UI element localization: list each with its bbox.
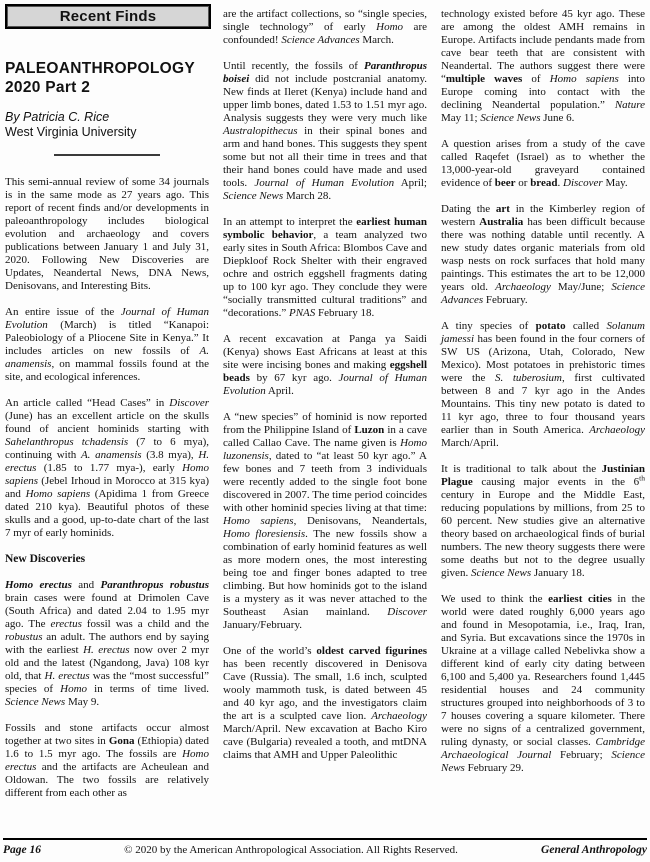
text-run: Nature	[615, 99, 645, 111]
text-run: and the artifacts are Acheulean and Oldo…	[5, 761, 209, 799]
text-run: May 11;	[441, 112, 480, 124]
paragraph: Fossils and stone artifacts occur almost…	[5, 722, 209, 800]
text-run: or	[516, 177, 531, 189]
text-run: We used to think the	[441, 593, 548, 605]
text-run: Australopithecus	[223, 125, 298, 137]
paragraph: This semi-annual review of some 34 journ…	[5, 176, 209, 293]
text-run: and	[72, 579, 101, 591]
text-run: Luzon	[354, 424, 384, 436]
text-run: Homo	[60, 683, 87, 695]
text-run: Archaeology	[589, 424, 645, 436]
column-3: technology existed before 45 kyr ago. Th…	[441, 0, 645, 788]
text-run: Until recently, the fossils of	[223, 60, 364, 72]
text-run: S. tuberosium	[495, 372, 562, 384]
text-run: fossil was a child and the	[82, 618, 209, 630]
text-run: in terms of time lived.	[87, 683, 209, 695]
text-run: March 28.	[283, 190, 331, 202]
text-run: April.	[266, 385, 294, 397]
page-title: PALEOANTHROPOLOGY 2020 Part 2	[5, 59, 209, 97]
paragraph: A tiny species of potato called Solanum …	[441, 320, 645, 450]
text-run: This semi-annual review of some 34 journ…	[5, 176, 209, 292]
text-run: art	[496, 203, 510, 215]
text-run: by 67 kyr ago.	[250, 372, 339, 384]
page-footer: Page 16 © 2020 by the American Anthropol…	[3, 838, 647, 856]
text-run: March/April. New excavation at Bacho Kir…	[223, 723, 427, 761]
text-run: called	[566, 320, 607, 332]
text-run: H. erectus	[83, 644, 129, 656]
paragraph: One of the world’s oldest carved figurin…	[223, 645, 427, 762]
text-run: May.	[603, 177, 628, 189]
text-run: . The new fossils show a combination of …	[223, 528, 427, 618]
text-run: An entire issue of the	[5, 306, 121, 318]
section-heading: New Discoveries	[5, 553, 209, 566]
byline-affiliation: West Virginia University	[5, 125, 209, 140]
text-run: robustus	[5, 631, 43, 643]
paragraph: An article called “Head Cases” in Discov…	[5, 397, 209, 540]
text-run: erectus	[51, 618, 82, 630]
text-run: multiple waves	[446, 73, 522, 85]
footer-section-title: General Anthropology	[541, 844, 647, 856]
text-run: May/June;	[551, 281, 612, 293]
text-run: June 6.	[541, 112, 575, 124]
text-run: Science News	[5, 696, 65, 708]
text-run: Archaeology	[371, 710, 427, 722]
divider-rule	[54, 154, 160, 156]
text-run: Discover	[563, 177, 603, 189]
text-run: In an attempt to interpret the	[223, 216, 356, 228]
text-run: Homo sapiens	[223, 515, 294, 527]
byline-author: By Patricia C. Rice	[5, 110, 209, 125]
text-run: of	[522, 73, 549, 85]
text-run: January/February.	[223, 619, 302, 631]
document-page: Recent Finds PALEOANTHROPOLOGY 2020 Part…	[0, 0, 650, 862]
text-run: Sahelanthropus tchadensis	[5, 436, 128, 448]
text-run: bread	[530, 177, 557, 189]
text-run: Homo	[376, 21, 403, 33]
footer-page-number: Page 16	[3, 844, 41, 856]
text-run: (1.85 to 1.77 mya-), early	[36, 462, 182, 474]
text-run: , Denisovans, Neandertals,	[294, 515, 427, 527]
text-run: potato	[536, 320, 566, 332]
text-run: Homo floresiensis	[223, 528, 305, 540]
text-run: Paranthropus robustus	[101, 579, 209, 591]
paragraph: We used to think the earliest cities in …	[441, 593, 645, 775]
text-run: Discover	[169, 397, 209, 409]
recent-finds-banner: Recent Finds	[5, 4, 211, 29]
text-run: Homo erectus	[5, 579, 72, 591]
column-2: are the artifact collections, so “single…	[223, 0, 427, 775]
column-1: Recent Finds PALEOANTHROPOLOGY 2020 Part…	[5, 0, 209, 813]
paragraph: A question arises from a study of the ca…	[441, 138, 645, 190]
text-run: One of the world’s	[223, 645, 316, 657]
paragraph: In an attempt to interpret the earliest …	[223, 216, 427, 320]
text-run: Homo sapiens	[550, 73, 619, 85]
text-run: April;	[394, 177, 427, 189]
text-run: Science Advances	[281, 34, 359, 46]
text-run: th	[639, 473, 645, 482]
text-run: Science News	[223, 190, 283, 202]
text-run: February.	[483, 294, 528, 306]
text-run: Science News	[471, 567, 531, 579]
text-run: in the world were dated roughly 6,000 ye…	[441, 593, 645, 748]
text-run: PNAS	[289, 307, 315, 319]
footer-row: Page 16 © 2020 by the American Anthropol…	[3, 844, 647, 856]
paragraph: A “new species” of hominid is now report…	[223, 411, 427, 632]
text-run: oldest carved figurines	[316, 645, 427, 657]
text-run: February 29.	[465, 762, 524, 774]
text-run: New Discoveries	[5, 553, 85, 565]
text-run: did not include postcranial anatomy. New…	[223, 73, 427, 124]
text-run: February 18.	[315, 307, 374, 319]
text-run: A tiny species of	[441, 320, 536, 332]
text-run: An article called “Head Cases” in	[5, 397, 169, 409]
text-run: beer	[495, 177, 516, 189]
text-run: Dating the	[441, 203, 496, 215]
text-run: February;	[551, 749, 611, 761]
paragraph: are the artifact collections, so “single…	[223, 8, 427, 47]
paragraph: Homo erectus and Paranthropus robustus b…	[5, 579, 209, 709]
text-run: May 9.	[65, 696, 99, 708]
text-run: January 18.	[531, 567, 584, 579]
text-run: earliest cities	[548, 593, 612, 605]
paragraph: Until recently, the fossils of Paranthro…	[223, 60, 427, 203]
text-run: Gona	[109, 735, 135, 747]
text-run: (3.8 mya),	[142, 449, 199, 461]
byline: By Patricia C. Rice West Virginia Univer…	[5, 110, 209, 140]
recent-finds-label: Recent Finds	[60, 10, 157, 23]
footer-copyright: © 2020 by the American Anthropological A…	[41, 844, 541, 856]
text-run: Discover	[387, 606, 427, 618]
paragraph: Dating the art in the Kimberley region o…	[441, 203, 645, 307]
text-run: H. erectus	[45, 670, 90, 682]
text-run: A. anamensis	[81, 449, 142, 461]
text-run: Journal of Human Evolution	[254, 177, 394, 189]
paragraph: An entire issue of the Journal of Human …	[5, 306, 209, 384]
paragraph: It is traditional to talk about the Just…	[441, 463, 645, 580]
text-run: Australia	[479, 216, 523, 228]
text-run: Science News	[480, 112, 540, 124]
text-run: Homo sapiens	[26, 488, 91, 500]
footer-rule	[3, 838, 647, 840]
text-run: March.	[360, 34, 394, 46]
text-run: causing major events in the 6	[473, 476, 639, 488]
text-run: It is traditional to talk about the	[441, 463, 602, 475]
paragraph: technology existed before 45 kyr ago. Th…	[441, 8, 645, 125]
text-run: century in Europe and the Middle East, r…	[441, 489, 645, 579]
text-run: , a team analyzed two early sites in Sou…	[223, 229, 427, 319]
article-columns: Recent Finds PALEOANTHROPOLOGY 2020 Part…	[5, 0, 645, 830]
text-run: (June) has an excellent article on the s…	[5, 410, 209, 435]
text-run: March/April.	[441, 437, 499, 449]
text-run: Archaeology	[495, 281, 551, 293]
paragraph: A recent excavation at Panga ya Saidi (K…	[223, 333, 427, 398]
